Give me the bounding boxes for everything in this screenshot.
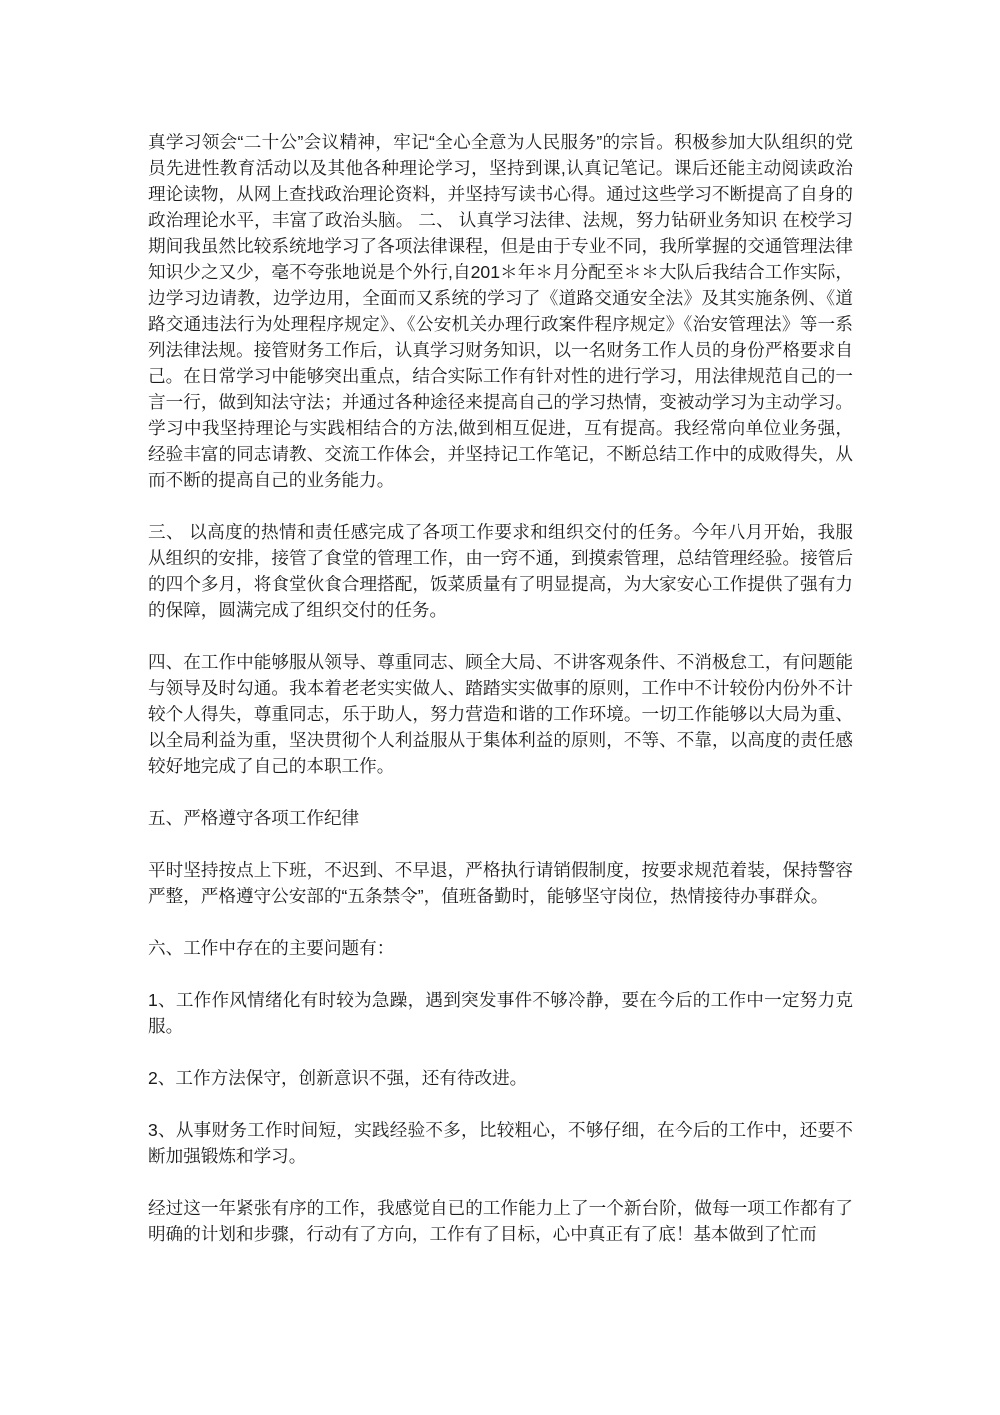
paragraph-conclusion: 经过这一年紧张有序的工作，我感觉自已的工作能力上了一个新台阶，做每一项工作都有了… <box>148 1195 853 1247</box>
document-page: 真学习领会“二十公”会议精神，牢记“全心全意为人民服务”的宗旨。积极参加大队组织… <box>0 0 1000 1415</box>
paragraph-section-5-heading: 五、严格遵守各项工作纪律 <box>148 805 853 831</box>
paragraph-section-4-teamwork: 四、在工作中能够服从领导、尊重同志、顾全大局、不讲客观条件、不消极怠工，有问题能… <box>148 649 853 779</box>
document-content: 真学习领会“二十公”会议精神，牢记“全心全意为人民服务”的宗旨。积极参加大队组织… <box>148 129 853 1247</box>
paragraph-learning-politics: 真学习领会“二十公”会议精神，牢记“全心全意为人民服务”的宗旨。积极参加大队组织… <box>148 129 853 493</box>
paragraph-section-3-tasks: 三、 以高度的热情和责任感完成了各项工作要求和组织交付的任务。今年八月开始，我服… <box>148 519 853 623</box>
paragraph-discipline-detail: 平时坚持按点上下班，不迟到、不早退，严格执行请销假制度，按要求规范着装，保持警容… <box>148 857 853 909</box>
paragraph-problem-2: 2、工作方法保守，创新意识不强，还有待改进。 <box>148 1065 853 1091</box>
paragraph-section-6-heading: 六、工作中存在的主要问题有： <box>148 935 853 961</box>
paragraph-problem-1: 1、工作作风情绪化有时较为急躁，遇到突发事件不够冷静，要在今后的工作中一定努力克… <box>148 987 853 1039</box>
paragraph-problem-3: 3、从事财务工作时间短，实践经验不多，比较粗心，不够仔细，在今后的工作中，还要不… <box>148 1117 853 1169</box>
